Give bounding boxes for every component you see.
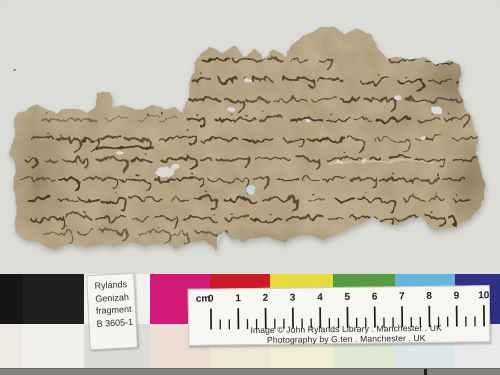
color-patch [0,274,23,324]
shelfmark-line: B 3605-1 [96,315,136,330]
ruler-number: 6 [372,292,378,303]
ruler-number: 9 [454,291,460,302]
ruler-number: 7 [399,291,405,302]
fragment-group [4,26,500,261]
ruler-number: 5 [344,292,350,303]
ruler-number: 0 [208,294,214,305]
ruler-number: 8 [426,291,432,302]
scale-bar: cm 012345678910 Image © John Rylands Lib… [188,285,491,346]
ruler-number: 4 [317,292,323,303]
shelfmark-label: Rylands Genizah fragment B 3605-1 [86,273,138,350]
ruler-number: 1 [235,293,241,304]
photo-stage: Rylands Genizah fragment B 3605-1 cm 012… [0,0,500,375]
color-patch [23,324,84,368]
ruler-number: 3 [290,293,296,304]
strip-tick-mark [424,369,427,375]
color-patch [23,274,84,324]
ruler-number: 10 [478,290,489,301]
dust-speck [13,69,16,71]
color-patch [0,324,23,368]
ruler-number: 2 [263,293,269,304]
